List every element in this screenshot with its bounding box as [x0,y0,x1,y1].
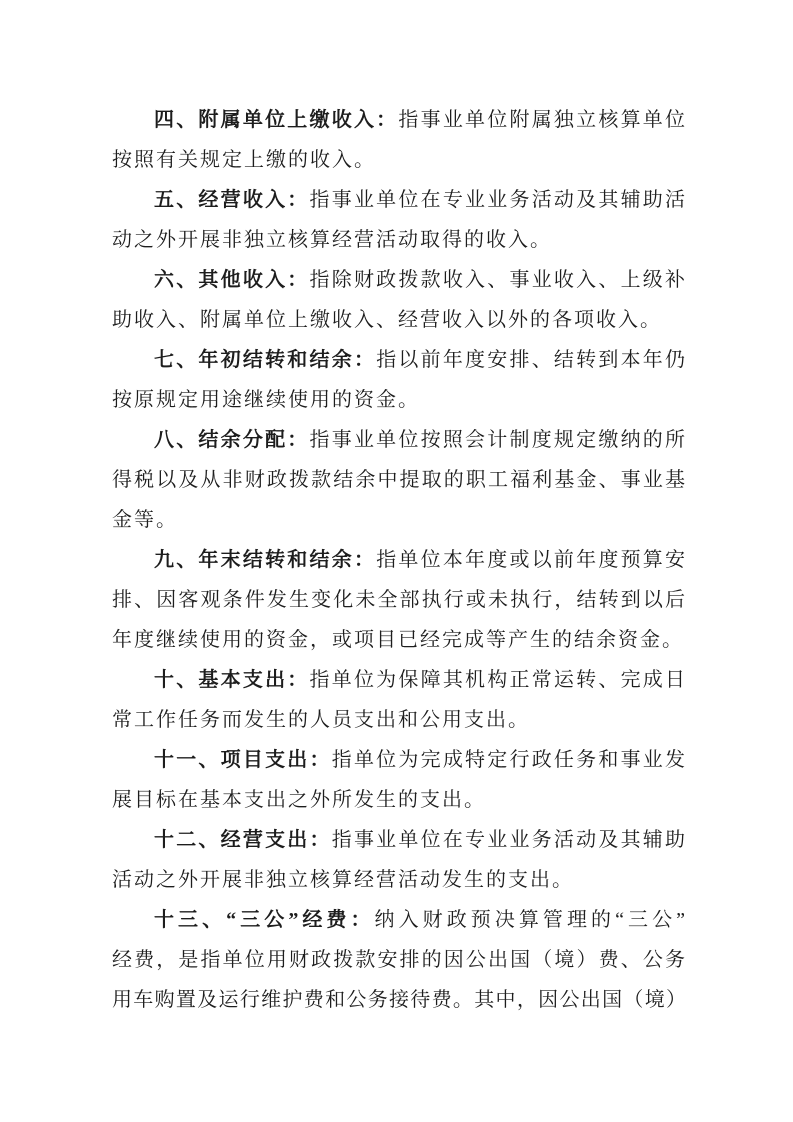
term-definition-text: 纳入财政预决算管理的“三公” [375,909,687,931]
text-line: 排、因客观条件发生变化未全部执行或未执行，结转到以后 [112,580,687,620]
text-line: 六、其他收入：指除财政拨款收入、事业收入、上级补 [112,260,687,300]
term-definition-text: 指单位为保障其机构正常运转、完成日 [310,669,687,691]
text-line: 七、年初结转和结余：指以前年度安排、结转到本年仍 [112,340,687,380]
text-line: 十二、经营支出：指事业单位在专业业务活动及其辅助 [112,820,687,860]
text-line: 活动之外开展非独立核算经营活动发生的支出。 [112,860,687,900]
text-line: 助收入、附属单位上缴收入、经营收入以外的各项收入。 [112,300,687,340]
term-definition-text: 指事业单位按照会计制度规定缴纳的所 [310,429,687,451]
text-line: 年度继续使用的资金，或项目已经完成等产生的结余资金。 [112,620,687,660]
term-heading: 十三、“三公”经费： [154,909,375,931]
text-line: 展目标在基本支出之外所发生的支出。 [112,780,687,820]
term-heading: 九、年末结转和结余： [154,549,376,571]
term-definition-text: 指除财政拨款收入、事业收入、上级补 [310,269,687,291]
term-definition-text: 指事业单位在专业业务活动及其辅助 [332,829,687,851]
text-line: 五、经营收入：指事业单位在专业业务活动及其辅助活 [112,180,687,220]
term-definition-text: 经费，是指单位用财政拨款安排的因公出国（境）费、公务 [112,949,687,971]
text-line: 动之外开展非独立核算经营活动取得的收入。 [112,220,687,260]
text-line: 得税以及从非财政拨款结余中提取的职工福利基金、事业基 [112,460,687,500]
term-definition-text: 金等。 [112,509,178,531]
term-heading: 十一、项目支出： [154,749,332,771]
term-heading: 五、经营收入： [154,189,310,211]
text-line: 十、基本支出：指单位为保障其机构正常运转、完成日 [112,660,687,700]
text-line: 八、结余分配：指事业单位按照会计制度规定缴纳的所 [112,420,687,460]
document-text: 四、附属单位上缴收入：指事业单位附属独立核算单位按照有关规定上缴的收入。五、经营… [112,100,687,1020]
term-definition-text: 排、因客观条件发生变化未全部执行或未执行，结转到以后 [112,589,687,611]
term-definition-text: 活动之外开展非独立核算经营活动发生的支出。 [112,869,574,891]
text-line: 十一、项目支出：指单位为完成特定行政任务和事业发 [112,740,687,780]
document-page: 四、附属单位上缴收入：指事业单位附属独立核算单位按照有关规定上缴的收入。五、经营… [0,0,793,1122]
text-line: 常工作任务而发生的人员支出和公用支出。 [112,700,687,740]
term-definition-text: 指以前年度安排、结转到本年仍 [376,349,687,371]
term-definition-text: 指事业单位在专业业务活动及其辅助活 [310,189,687,211]
term-heading: 八、结余分配： [154,429,310,451]
text-line: 金等。 [112,500,687,540]
text-line: 九、年末结转和结余：指单位本年度或以前年度预算安 [112,540,687,580]
term-definition-text: 动之外开展非独立核算经营活动取得的收入。 [112,229,552,251]
term-heading: 六、其他收入： [154,269,310,291]
term-definition-text: 用车购置及运行维护费和公务接待费。其中，因公出国（境） [112,989,687,1011]
text-line: 用车购置及运行维护费和公务接待费。其中，因公出国（境） [112,980,687,1020]
text-line: 按原规定用途继续使用的资金。 [112,380,687,420]
term-heading: 七、年初结转和结余： [154,349,376,371]
term-definition-text: 按照有关规定上缴的收入。 [112,149,376,171]
term-definition-text: 常工作任务而发生的人员支出和公用支出。 [112,709,530,731]
text-line: 十三、“三公”经费：纳入财政预决算管理的“三公” [112,900,687,940]
term-definition-text: 得税以及从非财政拨款结余中提取的职工福利基金、事业基 [112,469,687,491]
term-definition-text: 展目标在基本支出之外所发生的支出。 [112,789,486,811]
text-line: 经费，是指单位用财政拨款安排的因公出国（境）费、公务 [112,940,687,980]
term-definition-text: 按原规定用途继续使用的资金。 [112,389,420,411]
term-heading: 十二、经营支出： [154,829,332,851]
term-heading: 四、附属单位上缴收入： [154,109,398,131]
term-definition-text: 助收入、附属单位上缴收入、经营收入以外的各项收入。 [112,309,662,331]
term-definition-text: 指单位为完成特定行政任务和事业发 [332,749,687,771]
term-heading: 十、基本支出： [154,669,310,691]
text-line: 四、附属单位上缴收入：指事业单位附属独立核算单位 [112,100,687,140]
text-line: 按照有关规定上缴的收入。 [112,140,687,180]
term-definition-text: 指单位本年度或以前年度预算安 [376,549,687,571]
term-definition-text: 年度继续使用的资金，或项目已经完成等产生的结余资金。 [112,629,684,651]
term-definition-text: 指事业单位附属独立核算单位 [398,109,687,131]
